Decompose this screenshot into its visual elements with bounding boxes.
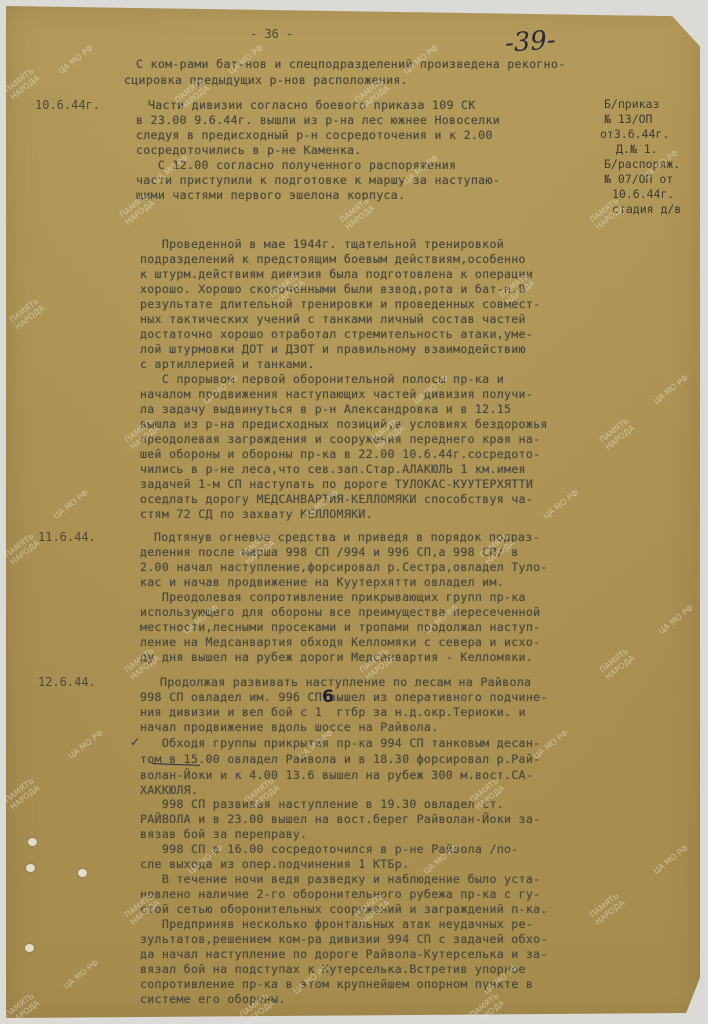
margin-note: Д.№ 1. [616,142,658,156]
entry-line: да начал наступление по дороге Райвола-К… [140,947,548,961]
entry-line: РАЙВОЛА и в 23.00 вышел на вост.берег Ра… [140,812,540,826]
intro-line: сцировка предыдущих р-нов расположения. [124,73,408,87]
entry-date: 11.6.44. [38,530,96,544]
entry-line: В течение ночи ведя разведку и наблюдени… [140,872,540,886]
paragraph-line: подразделений к предстоящим боевым дейст… [140,252,526,266]
paragraph-line: к штурм.действиям дивизия была подготовл… [140,267,533,281]
entry-line: Обходя группы прикрытия пр-ка 994 СП тан… [140,736,540,750]
entry-line: Предприняв несколько фронтальных атак не… [140,917,533,931]
archive-sheet-number: -39- [504,25,557,58]
entry-line: сле выхода из опер.подчинения 1 КТБр. [140,857,409,871]
entry-line: следуя в предисходный р-н сосредоточения… [136,128,493,142]
entry-line: 998 СП овладел им. 996 СП вышел из опера… [140,690,548,704]
entry-line: использующего для обороны все преимущест… [140,605,540,619]
paragraph-line: достаточно хорошо отработал стремительно… [140,327,533,341]
binder-hole [25,944,34,952]
paragraph-line: чились в р-не леса,что сев.зап.Стар.АЛАК… [140,462,526,476]
entry-line: сосредоточились в р-не Каменка. [136,143,362,157]
entry-line: вязав бой за переправу. [140,827,307,841]
entry-line: новлено наличие 2-го оборонительного руб… [140,887,540,901]
paragraph-line: С прорывом первой оборонительной полосы … [140,372,504,386]
paragraph-line: задачей 1-м СП наступать по дороге ТУЛОК… [140,477,533,491]
entry-line: местности,лесными просеками и тропами пр… [140,620,540,634]
margin-note: № 07/ОП от [604,172,673,186]
margin-note: стадия д/в [612,202,681,216]
entry-line: ния дивизии и вел бой с 1 гтбр за н.д.ок… [140,705,526,719]
margin-note: Б/приказ [604,97,659,111]
entry-line: системе его обороны. [140,992,286,1006]
paragraph-line: Проведенной в мае 1944г. тщательной трен… [140,237,504,251]
binder-hole [28,838,37,846]
entry-line: С 12.00 согласно полученного распоряжени… [136,158,456,172]
entry-line: начал продвижение вдоль шоссе на Райвола… [140,720,438,734]
checkmark-icon: ✓ [130,735,140,749]
margin-note: № 13/ОП [604,112,652,126]
entry-line: стой сетью оборонительных сооружений и з… [140,902,548,916]
entry-line: Преодолевая сопротивление прикрывающих г… [140,590,526,604]
entry-line: 2.00 начал наступление,форсировал р.Сест… [140,560,548,574]
entry-line: зультатов,решением ком-ра дивизии 994 СП… [140,932,548,946]
margin-note: от3.6.44г. [600,127,669,141]
paragraph-line: вышла из р-на предисходных позиций,в усл… [140,417,548,431]
paragraph-line: результате длительной тренировки и прове… [140,297,540,311]
handwritten-correction: 6 [322,687,334,707]
entry-line: 998 СП развивая наступление в 19.30 овла… [140,797,504,811]
paragraph-line: ла задачу выдвинуться в р-н Александровк… [140,402,511,416]
binder-hole [78,869,87,877]
entry-date: 10.6.44г. [35,98,100,112]
entry-line: волан-Йоки и к 4.00 13.6 вышел на рубеж … [140,768,533,782]
paragraph-line: стям 72 СД по захвату КЕЛЛОМЯКИ. [140,507,373,521]
entry-line: щими частями первого эшелона корпуса. [136,188,405,202]
paragraph-line: шей обороны и обороны пр-ка в 22.00 10.6… [140,447,540,461]
margin-note: 10.6.44г. [612,187,674,201]
intro-line: С ком-рами бат-нов и спецподразделений п… [136,57,566,71]
entry-date: 12.6.44. [38,675,96,689]
entry-line: ХАККЮЛЯ. [140,783,198,797]
entry-line: деления после марша 998 СП /994 и 996 СП… [140,545,519,559]
paragraph-line: с артиллерией и танками. [140,357,315,371]
entry-line: том в 15.00 овладел Райвола и в 18.30 фо… [140,752,540,766]
paragraph-line: лой штурмовки ДОТ и ДЗОТ и правильному в… [140,342,526,356]
entry-line: вязал бой на подступах к Кутерселька.Вст… [140,962,526,976]
binder-hole [26,864,35,872]
paragraph-line: преодолевая заграждения и сооружения пер… [140,432,540,446]
paragraph-line: началом продвижения наступающих частей д… [140,387,533,401]
entry-line: части приступили к подготовке к маршу за… [136,173,500,187]
entry-line: Подтянув огневые средства и приведя в по… [154,530,540,544]
entry-line: в 23.00 9.6.44г. вышли из р-на лес южнее… [136,113,500,127]
entry-line: кас и начав продвижение на Куутерхятти о… [140,575,504,589]
page-number: - 36 - [250,27,293,41]
entry-line: сопротивление пр-ка в этом крупнейшем оп… [140,977,533,991]
paragraph-line: ных тактических учений с танками личный … [140,312,526,326]
entry-line: ду дня вышел на рубеж дороги Медсанварти… [140,650,533,664]
entry-line: Продолжая развивать наступление по лесам… [160,675,531,689]
entry-line: Части дивизии согласно боевого приказа 1… [148,98,476,112]
paragraph-line: оседлать дорогу МЕДСАНВАРТИЯ-КЕЛЛОМЯКИ с… [140,492,533,506]
entry-line: 998 СП в 16.00 сосредоточился в р-не Рай… [140,842,519,856]
paragraph-line: хорошо. Хорошо сколоченными были взвод,р… [140,282,526,296]
entry-line: ление на Медсанвартия обходя Келломяки с… [140,635,540,649]
margin-note: Б/распоряж. [604,157,680,171]
